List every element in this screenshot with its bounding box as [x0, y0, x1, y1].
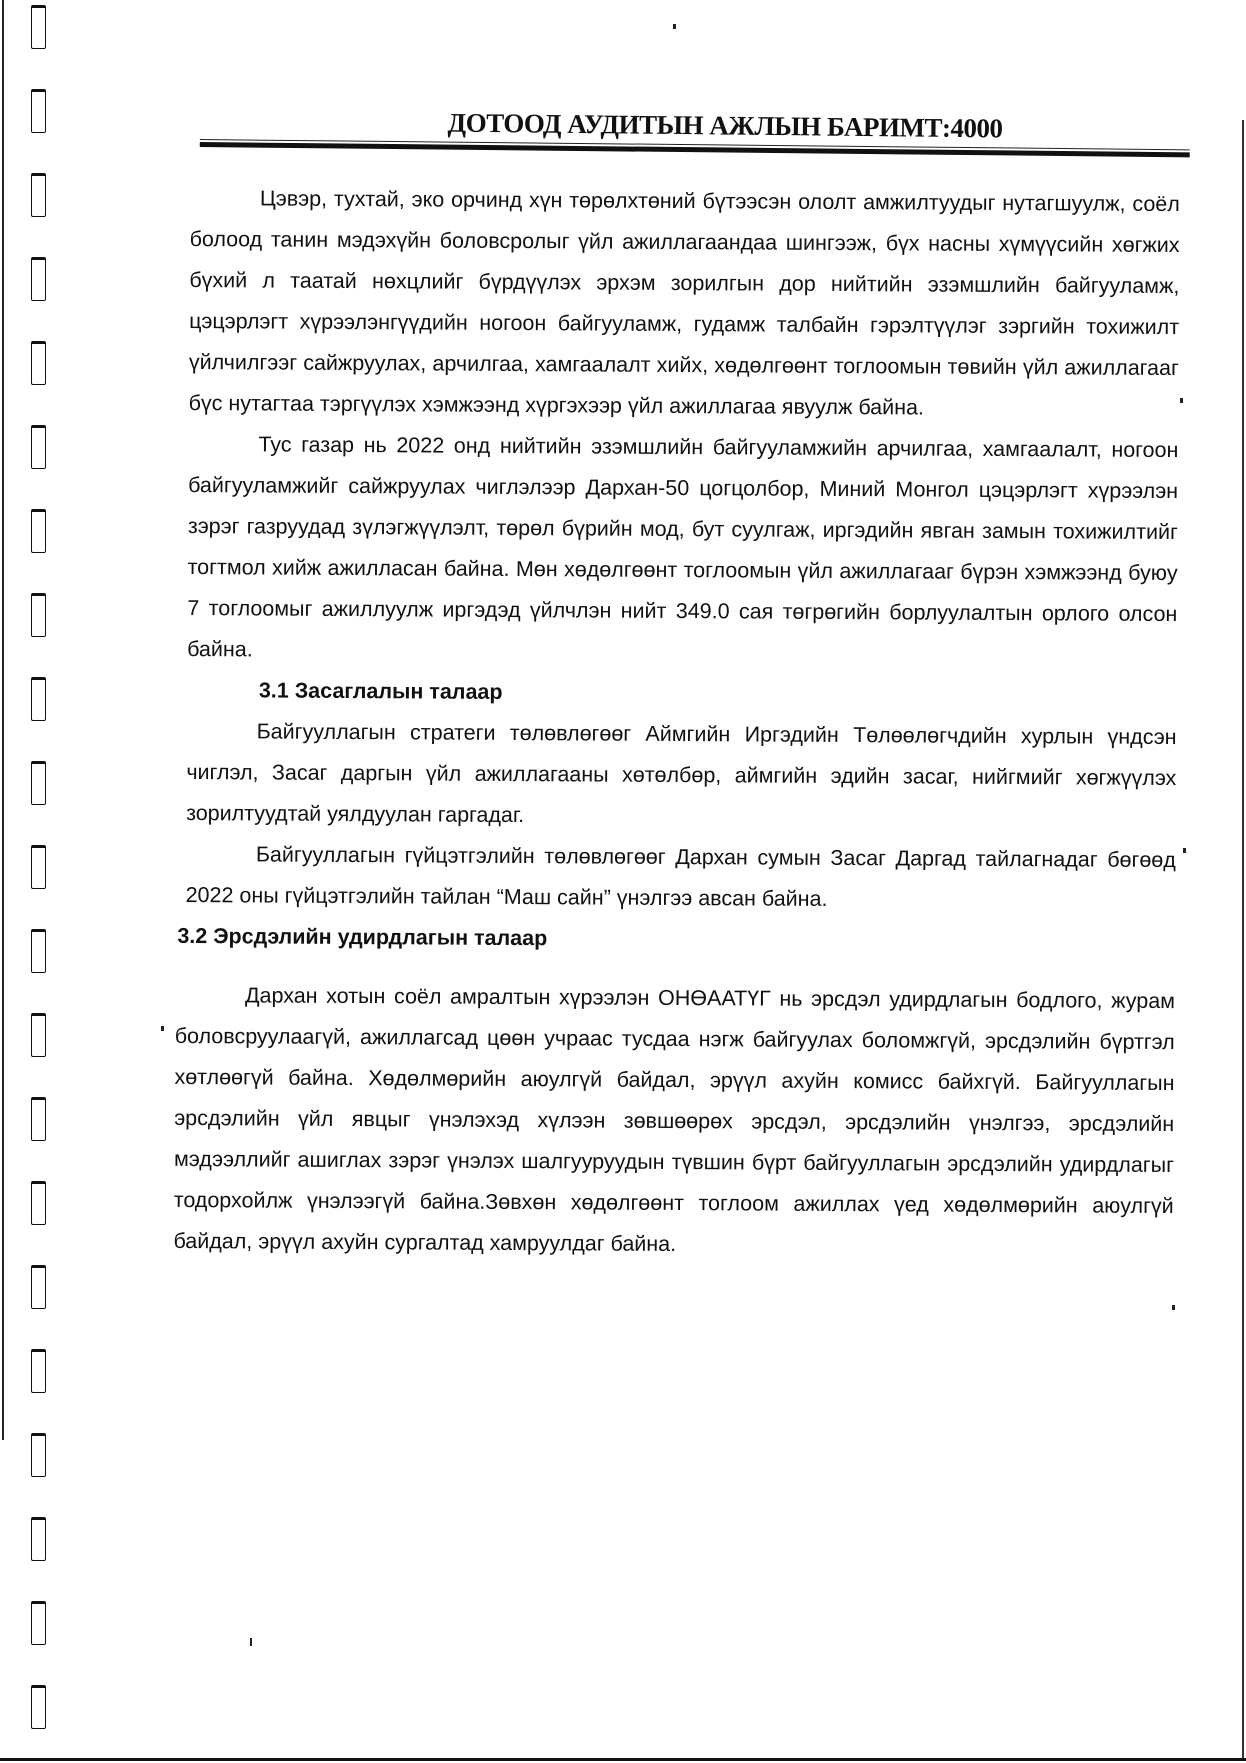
punch-hole-icon — [31, 929, 46, 973]
scan-speck — [1183, 848, 1186, 853]
punch-hole-icon — [31, 677, 46, 721]
document-body: Цэвэр, тухтай, эко орчинд хүн төрөлхтөни… — [183, 178, 1180, 1268]
punch-hole-icon — [31, 1517, 46, 1561]
punch-hole-icon — [31, 1265, 46, 1309]
section-heading-risk-management: 3.2 Эрсдэлийн удирдлагын талаар — [177, 916, 1175, 963]
punch-hole-icon — [31, 1601, 46, 1645]
binding-holes — [31, 5, 46, 1763]
paragraph-performance: Байгууллагын гүйцэтгэлийн төлөвлөгөөг Да… — [185, 834, 1175, 922]
punch-hole-icon — [31, 593, 46, 637]
document-header: ДОТООД АУДИТЫН АЖЛЫН БАРИМТ:4000 — [200, 105, 1190, 157]
punch-hole-icon — [31, 1013, 46, 1057]
page-right-edge — [1242, 120, 1244, 1761]
paragraph-risk: Дархан хотын соёл амралтын хүрээлэн ОНӨА… — [173, 975, 1175, 1268]
punch-hole-icon — [31, 1349, 46, 1393]
punch-hole-icon — [31, 761, 46, 805]
punch-hole-icon — [31, 509, 46, 553]
punch-hole-icon — [31, 1097, 46, 1141]
section-heading-governance: 3.1 Засаглалын талаар — [187, 670, 1177, 717]
punch-hole-icon — [31, 425, 46, 469]
paragraph-intro: Цэвэр, тухтай, эко орчинд хүн төрөлхтөни… — [188, 178, 1179, 430]
page-left-edge — [2, 0, 4, 1440]
punch-hole-icon — [31, 1181, 46, 1225]
scan-speck — [250, 1638, 252, 1646]
scan-speck — [1172, 1305, 1175, 1310]
paragraph-strategy: Байгууллагын стратеги төлөвлөгөөг Аймгий… — [186, 711, 1177, 840]
scan-speck — [673, 24, 676, 29]
punch-hole-icon — [31, 1685, 46, 1729]
punch-hole-icon — [31, 89, 46, 133]
punch-hole-icon — [31, 5, 46, 49]
punch-hole-icon — [31, 257, 46, 301]
page-bottom-edge — [0, 1758, 1246, 1761]
punch-hole-icon — [31, 1433, 46, 1477]
scan-speck — [1180, 398, 1183, 403]
punch-hole-icon — [31, 341, 46, 385]
scan-speck — [161, 1026, 164, 1031]
paragraph-activities-2022: Тус газар нь 2022 онд нийтийн эзэмшлийн … — [187, 424, 1178, 676]
punch-hole-icon — [31, 173, 46, 217]
punch-hole-icon — [31, 845, 46, 889]
